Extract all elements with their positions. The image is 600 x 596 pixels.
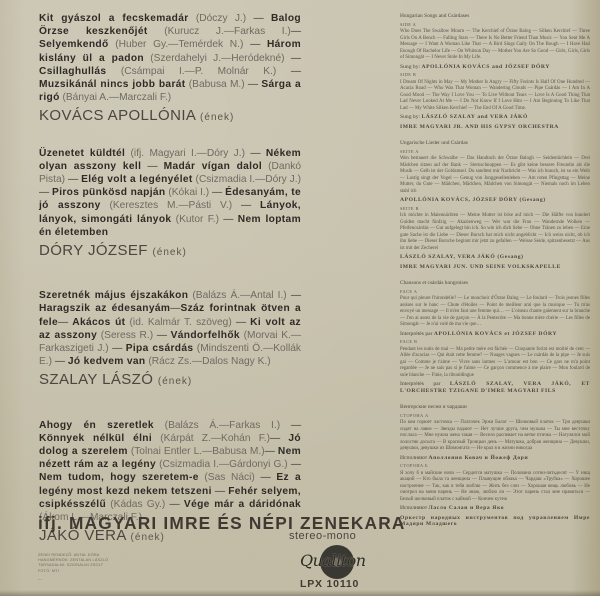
format-label: stereo-mono	[289, 530, 356, 542]
tracklist-block: Ahogy én szeretlek (Balázs Á.—Farkas I.)…	[39, 419, 301, 525]
credit-line: TÁRSADALMI: SZIGNALMI ZSOLT	[38, 563, 108, 568]
tracklist-block: Üzenetet küldtél (ifj. Magyari I.—Dóry J…	[39, 147, 301, 239]
side-label: СТОРОНА А	[400, 413, 590, 420]
separator: —	[291, 459, 301, 470]
separator: —	[68, 174, 81, 185]
separator: —	[170, 499, 184, 510]
song-credit: (Bányai A.—Marczali F.)	[60, 92, 172, 103]
song-title: Szeretnék május éjszakákon	[39, 290, 188, 301]
song-title: Elég volt a legényélet	[81, 174, 193, 185]
song-title: Selyemkendő	[39, 39, 109, 50]
side-label: SIDE B	[400, 72, 590, 79]
song-credit: (Kádas Gy.)	[106, 499, 169, 510]
song-credit: (Dóczy J.)	[189, 13, 254, 24]
credit-dash: —	[38, 577, 108, 582]
song-list: Wen betrauert die Schwalbe — Das Handtuc…	[400, 156, 590, 195]
song-title: Kit gyászol a fecskemadár	[39, 13, 189, 24]
separator: —	[223, 214, 237, 225]
separator: —	[265, 446, 278, 457]
performer-role: (ének)	[158, 376, 192, 387]
separator: —	[112, 343, 126, 354]
separator: —	[260, 472, 276, 483]
language-header: Венгерские песни и чардаши	[400, 404, 590, 411]
song-list: I Dream Of Nights in May — My Mother Is …	[400, 80, 590, 113]
song-title: Muzsikánál nincs jobb barát	[39, 79, 186, 90]
catalog-number: LPX 10110	[300, 578, 359, 590]
sung-by-prefix: Исполняют	[400, 455, 429, 461]
song-credit: (Kutor F.)	[171, 214, 223, 225]
sung-by-names: APOLLÓNIA KOVÁCS et JÓZSEF DÓRY	[434, 331, 557, 337]
song-list: Who Does The Swallow Mourn — The Kerchie…	[400, 29, 590, 62]
right-column-translations: Hungarian Songs and CsárdasesSIDE AWho D…	[400, 13, 590, 528]
song-credit: (Szerdahelyi J.—Heródekné)	[144, 53, 291, 64]
song-credit: (Sas Náci)	[199, 472, 261, 483]
song-title: Pipa csárdás	[126, 343, 194, 354]
separator: —	[291, 420, 301, 431]
song-list: Pendant les nuits de mai — Ma petite mèr…	[400, 347, 590, 380]
separator: —	[291, 26, 301, 37]
sung-by-names: LÁSZLÓ SZALAY, VERA JÁKÓ (Gesang)	[400, 254, 524, 260]
song-title: Akácos út	[72, 317, 125, 328]
performer-name: SZALAY LÁSZÓ (ének)	[39, 373, 301, 388]
song-credit: (Kurucz J.—Farkas I.)	[148, 26, 291, 37]
song-credit: (Kárpát Z.—Kohán F.)	[152, 433, 270, 444]
song-title: Üzenetet küldtél	[39, 148, 125, 159]
side-label: SIDE A	[400, 22, 590, 29]
performer-label: KOVÁCS APOLLÓNIA	[39, 107, 200, 124]
section-gap	[400, 394, 590, 400]
sung-by-names: LÁSZLÓ SZALAY and VERA JÁKÓ	[421, 114, 527, 120]
song-credit: (Tolnai Entler L.—Babusa M.)	[128, 446, 265, 457]
sung-by-prefix: Sung by:	[400, 114, 421, 120]
song-list: Pour qui pleure l'hirondelle? — Le mouch…	[400, 296, 590, 329]
side-label: FACE B	[400, 339, 590, 346]
sung-by: Исполняют Аполлония Ковач и Йожеф Дори	[400, 455, 590, 462]
separator: —	[253, 13, 270, 24]
performer-role: (ének)	[152, 247, 186, 258]
section-gap	[400, 270, 590, 276]
orchestra-line: Оркестр народных инструментов под управл…	[400, 515, 590, 528]
separator: —	[141, 161, 163, 172]
song-title: Haragszik az édesanyám	[39, 303, 170, 314]
song-title: Madár vígan dalol	[164, 161, 262, 172]
song-credit: (Huber Gy.—Temérdek N.)	[109, 39, 251, 50]
song-title: Vége már a dáridónak	[184, 499, 301, 510]
song-list: Ich möchte in Maiennächten — Meine Mutte…	[400, 213, 590, 252]
performer-label: SZALAY LÁSZÓ	[39, 371, 158, 388]
song-credit: (Csizmadia I.—Gárdonyi G.)	[156, 459, 291, 470]
performer-name: KOVÁCS APOLLÓNIA (ének)	[39, 109, 301, 124]
sung-by-names: APOLLÓNIA KOVÁCS, JÓZSEF DÓRY (Gesang)	[400, 197, 546, 203]
separator: —	[248, 79, 261, 90]
separator: —	[39, 187, 52, 198]
qualiton-logo: Qualiton	[300, 545, 362, 579]
separator: —	[212, 187, 225, 198]
side-label: СТОРОНА Б	[400, 463, 590, 470]
song-title: Csillaghullás	[39, 66, 106, 77]
song-credit: (id. Kalmár T. szöveg)	[125, 317, 235, 328]
language-header: Ungarische Lieder und Csárdas	[400, 140, 590, 147]
production-credits: ZENEI RENDEZŐ: ANTAL DÓRA HANGMÉRNÖK: ZE…	[38, 553, 108, 582]
language-header: Chansons et csárdás hongroises	[400, 280, 590, 287]
sung-by: Sung by: LÁSZLÓ SZALAY and VERA JÁKÓ	[400, 114, 590, 121]
sung-by: APOLLÓNIA KOVÁCS, JÓZSEF DÓRY (Gesang)	[400, 197, 590, 204]
separator: —	[270, 433, 288, 444]
separator: —	[291, 53, 301, 64]
side-label: FACE A	[400, 289, 590, 296]
left-column-tracklist: Kit gyászol a fecskemadár (Dóczy J.) — B…	[39, 12, 301, 545]
sung-by-prefix: Sung by:	[400, 64, 421, 70]
side-label: SEITE B	[400, 206, 590, 213]
credit-line: FOTÓ: MTI	[38, 569, 108, 574]
sung-by-prefix: Interprétés par	[400, 381, 450, 387]
separator: —	[291, 290, 301, 301]
song-title: Nem tudom, hogy szeretem-e	[39, 472, 199, 483]
sleeve-edge	[0, 590, 600, 596]
song-credit: (Csizmadia I.—Dóry J.)	[193, 174, 301, 185]
song-title: Ahogy én szeretlek	[39, 420, 154, 431]
song-list: По ком горюет ласточка — Платочек Эржи Б…	[400, 420, 590, 453]
performer-role: (ének)	[200, 112, 234, 123]
song-credit: (Seress R.)	[97, 330, 157, 341]
logo-wordmark: Qualiton	[300, 551, 366, 570]
song-credit: (Csámpai I.—P. Molnár K.)	[106, 66, 290, 77]
song-credit: (Rácz Zs.—Dalos Nagy K.)	[146, 356, 271, 367]
separator: —	[291, 66, 301, 77]
performer-label: DÓRY JÓZSEF	[39, 242, 152, 259]
song-credit: (ifj. Magyari I.—Dóry J.)	[125, 148, 250, 159]
sung-by-names: Ласло Салаи и Вера Яко	[429, 505, 505, 511]
sung-by-prefix: Interprétés par	[400, 331, 434, 337]
song-list: Я хочу б в майские ночи — Сердится матуш…	[400, 471, 590, 504]
performer-name: DÓRY JÓZSEF (ének)	[39, 244, 301, 259]
separator: —	[170, 303, 180, 314]
separator: —	[212, 486, 228, 497]
separator: —	[250, 148, 266, 159]
separator: —	[58, 317, 72, 328]
separator: —	[241, 200, 260, 211]
separator: —	[55, 356, 68, 367]
side-label: SEITE A	[400, 149, 590, 156]
song-title: Vándorfelhők	[171, 330, 240, 341]
song-credit: (Babusa M.)	[186, 79, 248, 90]
sung-by: Исполняют Ласло Салаи и Вера Яко	[400, 505, 590, 512]
sung-by-names: Аполлония Ковач и Йожеф Дори	[429, 455, 529, 461]
separator: —	[157, 330, 171, 341]
separator: —	[236, 317, 250, 328]
sung-by-prefix: Исполняют	[400, 505, 429, 511]
separator: —	[250, 39, 267, 50]
language-header: Hungarian Songs and Csárdases	[400, 13, 590, 20]
song-credit: (Keresztes M.—Pásti V.)	[101, 200, 241, 211]
song-credit: (Balázs Á.—Farkas I.)	[154, 420, 291, 431]
sung-by: Interprétés par LÁSZLÓ SZALAY, VERA JÁKÓ…	[400, 381, 590, 394]
sung-by-names: APOLLÓNIA KOVÁCS and JÓZSEF DÓRY	[421, 64, 550, 70]
tracklist-block: Kit gyászol a fecskemadár (Dóczy J.) — B…	[39, 12, 301, 104]
tracklist-block: Szeretnék május éjszakákon (Balázs Á.—An…	[39, 289, 301, 368]
sung-by: LÁSZLÓ SZALAY, VERA JÁKÓ (Gesang)	[400, 254, 590, 261]
song-credit: (Balázs Á.—Antal I.)	[188, 290, 291, 301]
sung-by: Interprétés par APOLLÓNIA KOVÁCS et JÓZS…	[400, 331, 590, 338]
sung-by: Sung by: APOLLÓNIA KOVÁCS and JÓZSEF DÓR…	[400, 64, 590, 71]
song-credit: (Kókai I.)	[166, 187, 213, 198]
section-gap	[400, 130, 590, 136]
song-title: Jó kedvem van	[68, 356, 146, 367]
song-title: Piros pünkösd napján	[52, 187, 165, 198]
song-title: Könnyek nélkül élni	[39, 433, 152, 444]
